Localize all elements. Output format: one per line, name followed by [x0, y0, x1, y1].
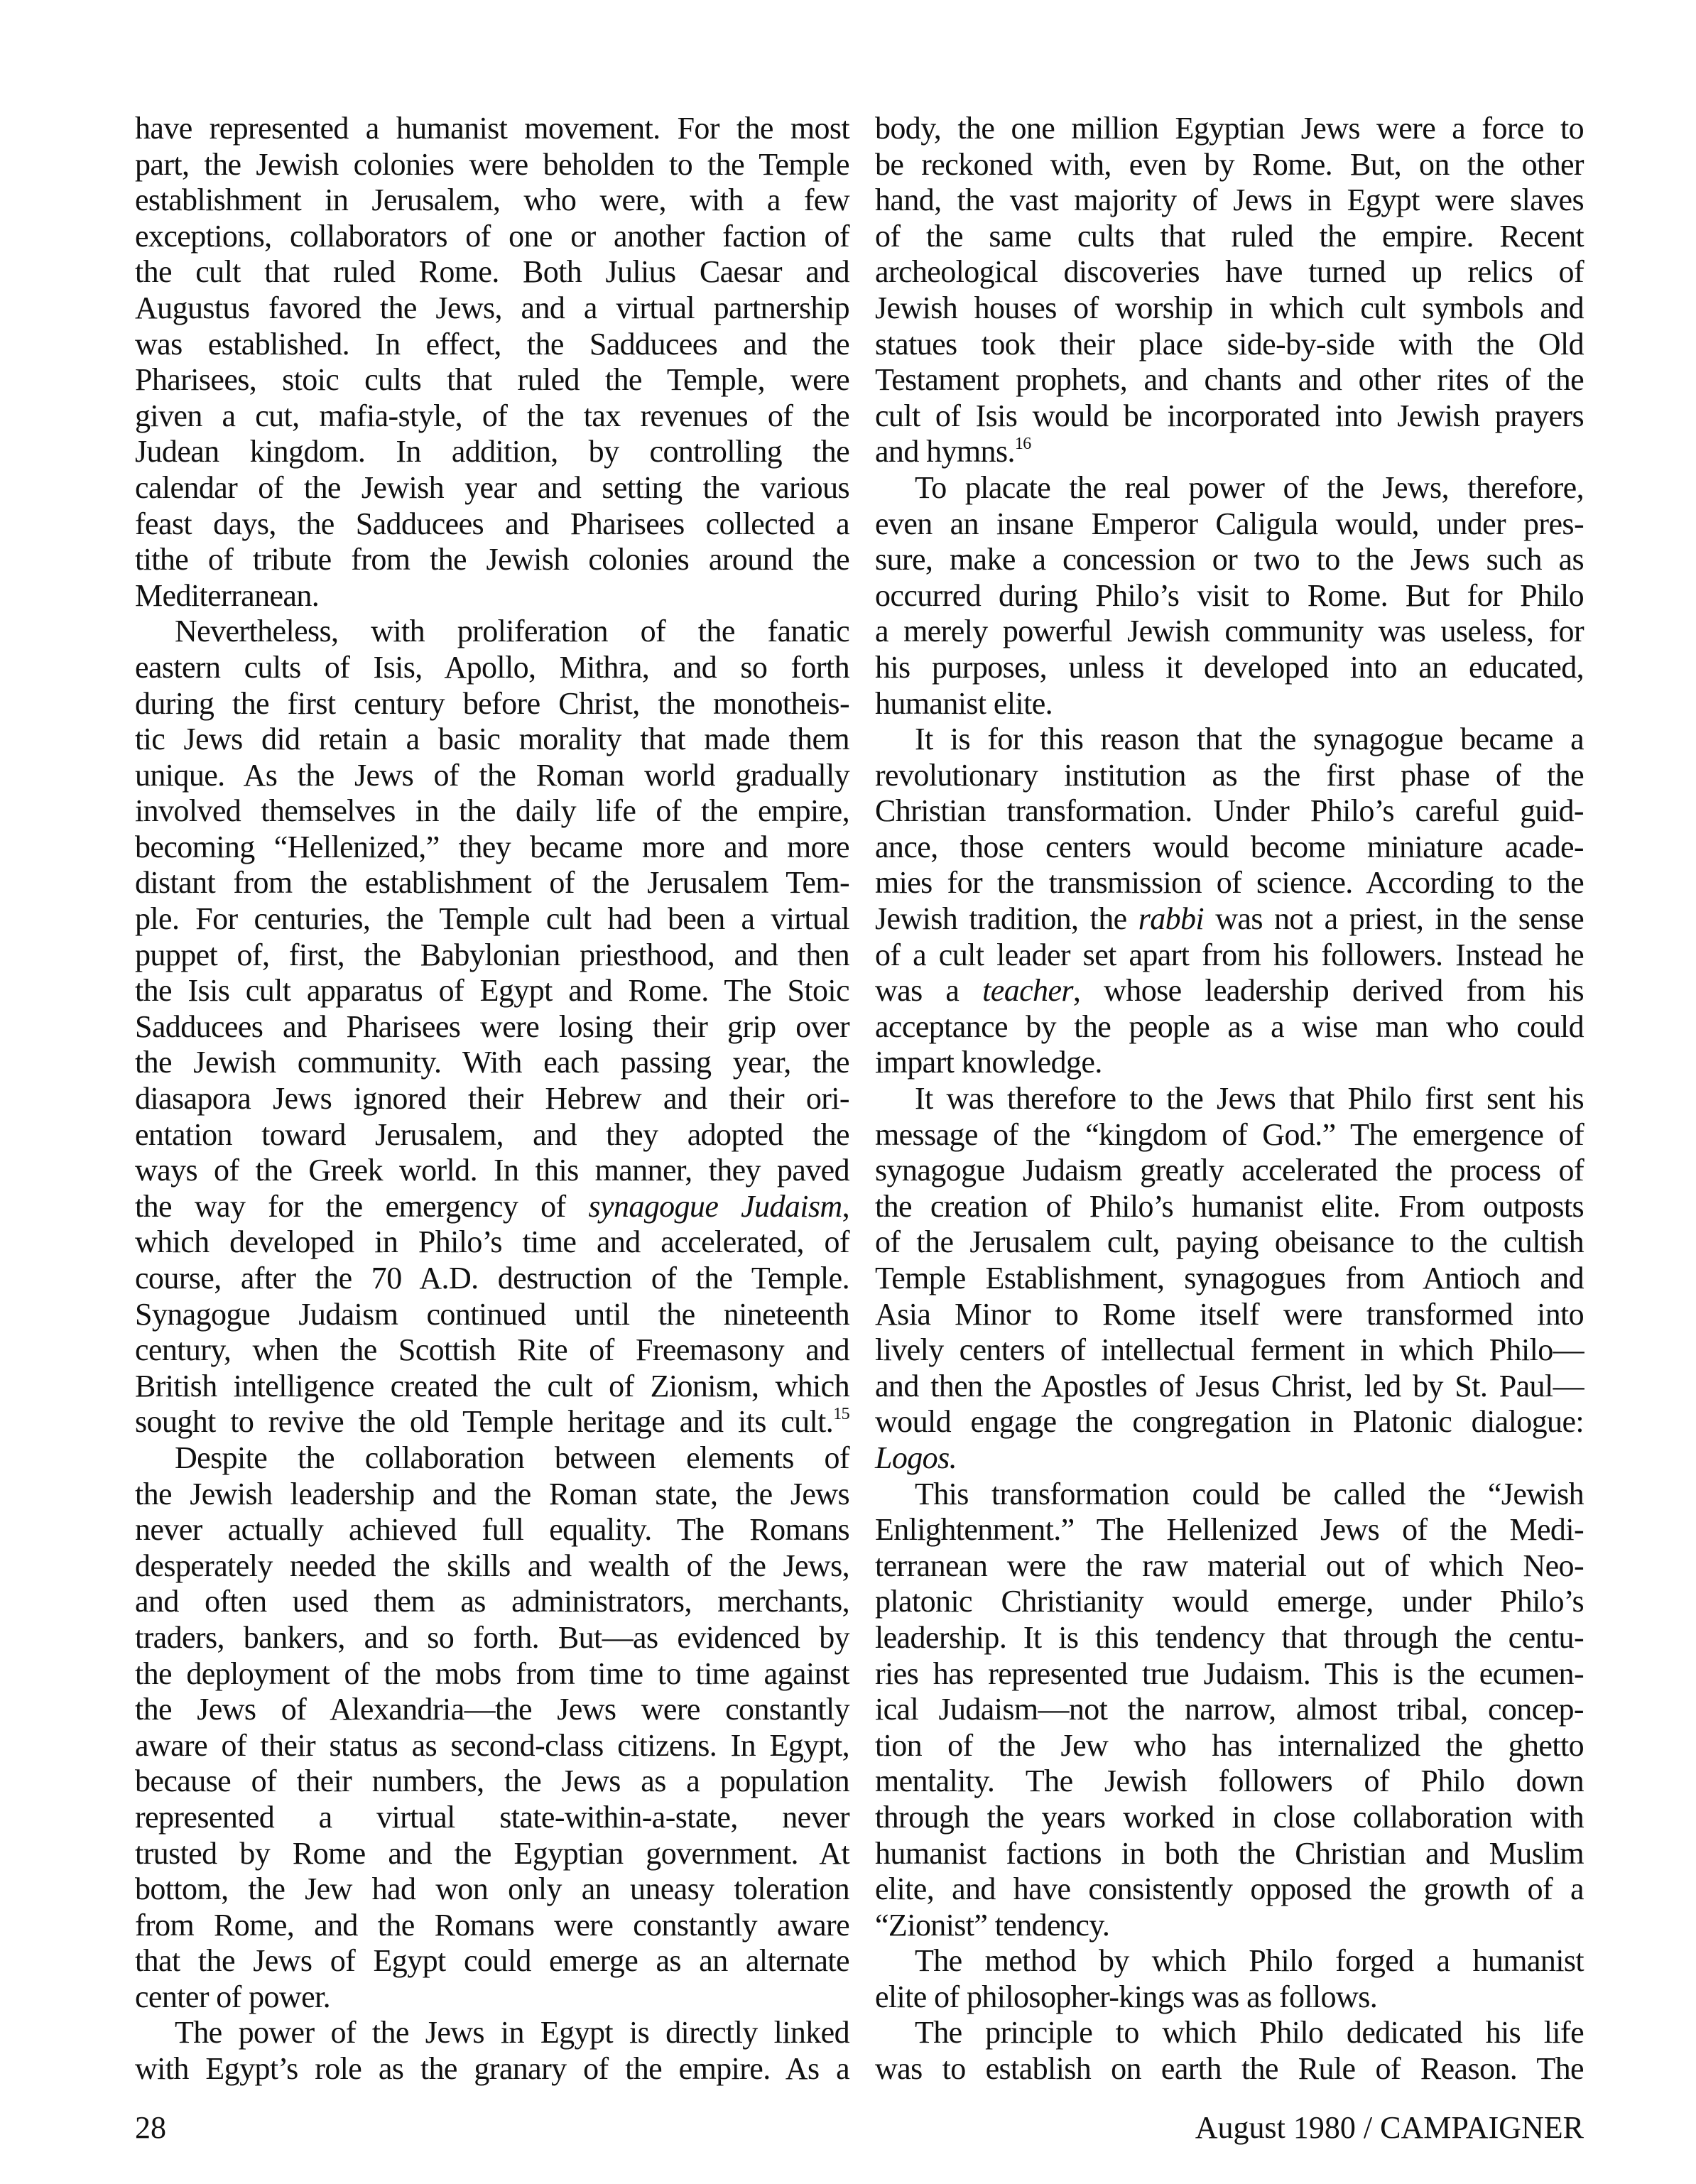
footnote-ref[interactable]: 16 [1015, 435, 1031, 453]
italic-term: synagogue Judaism [588, 1189, 842, 1224]
text-line: This transformation could be called the … [875, 1477, 1584, 1513]
text-line: ple. For centuries, the Temple cult had … [135, 901, 849, 938]
text-line: Christian transformation. Under Philo’s … [875, 793, 1584, 830]
text-line: Jewish houses of worship in which cult s… [875, 290, 1584, 327]
text-line: Judean kingdom. In addition, by controll… [135, 434, 849, 470]
text-line: and often used them as administrators, m… [135, 1584, 849, 1620]
text-line: puppet of, first, the Babylonian priesth… [135, 938, 849, 974]
text-line: elite of philosopher-kings was as follow… [875, 1979, 1584, 2016]
text-line: sure, make a concession or two to the Je… [875, 542, 1584, 578]
text-line: during the first century before Christ, … [135, 686, 849, 722]
text-line: the way for the emergency of synagogue J… [135, 1189, 849, 1225]
text-line: eastern cults of Isis, Apollo, Mithra, a… [135, 650, 849, 686]
text-line: the Jewish community. With each passing … [135, 1045, 849, 1081]
text-line: tion of the Jew who has internalized the… [875, 1728, 1584, 1764]
text-line: becoming “Hellenized,” they became more … [135, 830, 849, 866]
text-line: the deployment of the mobs from time to … [135, 1656, 849, 1693]
text-line: distant from the establishment of the Je… [135, 865, 849, 901]
text-line: Synagogue Judaism continued until the ni… [135, 1297, 849, 1333]
text-line: the Jews of Alexandria—the Jews were con… [135, 1692, 849, 1728]
text-line: which developed in Philo’s time and acce… [135, 1224, 849, 1261]
text-line: The method by which Philo forged a human… [875, 1943, 1584, 1979]
text-line: Pharisees, stoic cults that ruled the Te… [135, 362, 849, 398]
italic-term: Logos. [875, 1440, 957, 1475]
text-line: with Egypt’s role as the granary of the … [135, 2051, 849, 2087]
text-line: would engage the congregation in Platoni… [875, 1404, 1584, 1440]
text-line: part, the Jewish colonies were beholden … [135, 147, 849, 183]
text-line: Testament prophets, and chants and other… [875, 362, 1584, 398]
text-line: calendar of the Jewish year and setting … [135, 470, 849, 506]
text-line: even an insane Emperor Caligula would, u… [875, 506, 1584, 543]
running-footer: August 1980 / CAMPAIGNER [1195, 2108, 1584, 2148]
text-line: a merely powerful Jewish community was u… [875, 614, 1584, 650]
text-line: ance, those centers would become miniatu… [875, 830, 1584, 866]
text-line: have represented a humanist movement. Fo… [135, 111, 849, 147]
right-column: body, the one million Egyptian Jews were… [875, 111, 1584, 2087]
text-line: tic Jews did retain a basic morality tha… [135, 722, 849, 758]
text-line: acceptance by the people as a wise man w… [875, 1009, 1584, 1045]
text-line: desperately needed the skills and wealth… [135, 1548, 849, 1585]
text-line: exceptions, collaborators of one or anot… [135, 219, 849, 255]
text-line: Mediterranean. [135, 578, 849, 614]
text-line: entation toward Jerusalem, and they adop… [135, 1117, 849, 1153]
text-line: of a cult leader set apart from his foll… [875, 938, 1584, 974]
text-line: aware of their status as second-class ci… [135, 1728, 849, 1764]
text-line: century, when the Scottish Rite of Freem… [135, 1332, 849, 1369]
text-line: ical Judaism—not the narrow, almost trib… [875, 1692, 1584, 1728]
text-line: Despite the collaboration between elemen… [135, 1440, 849, 1477]
text-line: of the same cults that ruled the empire.… [875, 219, 1584, 255]
text-line: unique. As the Jews of the Roman world g… [135, 758, 849, 794]
text-line: British intelligence created the cult of… [135, 1369, 849, 1405]
text-line: the Jewish leadership and the Roman stat… [135, 1477, 849, 1513]
text-line: The principle to which Philo dedicated h… [875, 2015, 1584, 2051]
text-line: Asia Minor to Rome itself were transform… [875, 1297, 1584, 1333]
page-number: 28 [135, 2108, 166, 2148]
text-line: the Isis cult apparatus of Egypt and Rom… [135, 973, 849, 1009]
text-line: Logos. [875, 1440, 1584, 1477]
text-line: bottom, the Jew had won only an uneasy t… [135, 1871, 849, 1908]
text-line: message of the “kingdom of God.” The eme… [875, 1117, 1584, 1153]
text-line: Jewish tradition, the rabbi was not a pr… [875, 901, 1584, 938]
text-line: body, the one million Egyptian Jews were… [875, 111, 1584, 147]
text-line: The power of the Jews in Egypt is direct… [135, 2015, 849, 2051]
text-line: synagogue Judaism greatly accelerated th… [875, 1153, 1584, 1189]
footnote-ref[interactable]: 15 [833, 1405, 849, 1423]
text-line: humanist factions in both the Christian … [875, 1836, 1584, 1872]
text-line: statues took their place side-by-side wi… [875, 327, 1584, 363]
text-line: be reckoned with, even by Rome. But, on … [875, 147, 1584, 183]
text-line: given a cut, mafia-style, of the tax rev… [135, 398, 849, 435]
text-line: involved themselves in the daily life of… [135, 793, 849, 830]
italic-term: teacher [982, 973, 1073, 1008]
text-line: his purposes, unless it developed into a… [875, 650, 1584, 686]
text-line: Nevertheless, with proliferation of the … [135, 614, 849, 650]
text-line: To placate the real power of the Jews, t… [875, 470, 1584, 506]
text-line: because of their numbers, the Jews as a … [135, 1764, 849, 1800]
text-line: leadership. It is this tendency that thr… [875, 1620, 1584, 1656]
text-line: through the years worked in close collab… [875, 1800, 1584, 1836]
text-line: archeological discoveries have turned up… [875, 254, 1584, 290]
text-line: revolutionary institution as the first p… [875, 758, 1584, 794]
text-line: Enlightenment.” The Hellenized Jews of t… [875, 1512, 1584, 1548]
text-line: and then the Apostles of Jesus Christ, l… [875, 1369, 1584, 1405]
text-line: hand, the vast majority of Jews in Egypt… [875, 183, 1584, 219]
text-line: never actually achieved full equality. T… [135, 1512, 849, 1548]
text-line: “Zionist” tendency. [875, 1908, 1584, 1944]
text-line: feast days, the Sadducees and Pharisees … [135, 506, 849, 543]
text-line: mentality. The Jewish followers of Philo… [875, 1764, 1584, 1800]
italic-term: rabbi [1138, 901, 1204, 936]
text-line: trusted by Rome and the Egyptian governm… [135, 1836, 849, 1872]
text-line: It is for this reason that the synagogue… [875, 722, 1584, 758]
text-line: humanist elite. [875, 686, 1584, 722]
text-line: sought to revive the old Temple heritage… [135, 1404, 849, 1440]
text-line: was established. In effect, the Sadducee… [135, 327, 849, 363]
text-line: was a teacher, whose leadership derived … [875, 973, 1584, 1009]
text-line: elite, and have consistently opposed the… [875, 1871, 1584, 1908]
text-line: Augustus favored the Jews, and a virtual… [135, 290, 849, 327]
text-line: was to establish on earth the Rule of Re… [875, 2051, 1584, 2087]
text-line: terranean were the raw material out of w… [875, 1548, 1584, 1585]
text-line: Sadducees and Pharisees were losing thei… [135, 1009, 849, 1045]
text-line: traders, bankers, and so forth. But—as e… [135, 1620, 849, 1656]
text-line: ries has represented true Judaism. This … [875, 1656, 1584, 1693]
text-line: course, after the 70 A.D. destruction of… [135, 1261, 849, 1297]
text-line: ways of the Greek world. In this manner,… [135, 1153, 849, 1189]
text-line: from Rome, and the Romans were constantl… [135, 1908, 849, 1944]
text-line: represented a virtual state-within-a-sta… [135, 1800, 849, 1836]
text-line: It was therefore to the Jews that Philo … [875, 1081, 1584, 1117]
text-line: occurred during Philo’s visit to Rome. B… [875, 578, 1584, 614]
text-line: that the Jews of Egypt could emerge as a… [135, 1943, 849, 1979]
text-line: Temple Establishment, synagogues from An… [875, 1261, 1584, 1297]
text-line: platonic Christianity would emerge, unde… [875, 1584, 1584, 1620]
text-line: impart knowledge. [875, 1045, 1584, 1081]
left-column: have represented a humanist movement. Fo… [135, 111, 849, 2087]
text-line: the creation of Philo’s humanist elite. … [875, 1189, 1584, 1225]
text-line: diasapora Jews ignored their Hebrew and … [135, 1081, 849, 1117]
text-line: cult of Isis would be incorporated into … [875, 398, 1584, 435]
text-line: establishment in Jerusalem, who were, wi… [135, 183, 849, 219]
text-line: of the Jerusalem cult, paying obeisance … [875, 1224, 1584, 1261]
text-line: the cult that ruled Rome. Both Julius Ca… [135, 254, 849, 290]
text-line: and hymns.16 [875, 434, 1584, 470]
text-line: mies for the transmission of science. Ac… [875, 865, 1584, 901]
text-line: lively centers of intellectual ferment i… [875, 1332, 1584, 1369]
text-line: tithe of tribute from the Jewish colonie… [135, 542, 849, 578]
text-line: center of power. [135, 1979, 849, 2016]
